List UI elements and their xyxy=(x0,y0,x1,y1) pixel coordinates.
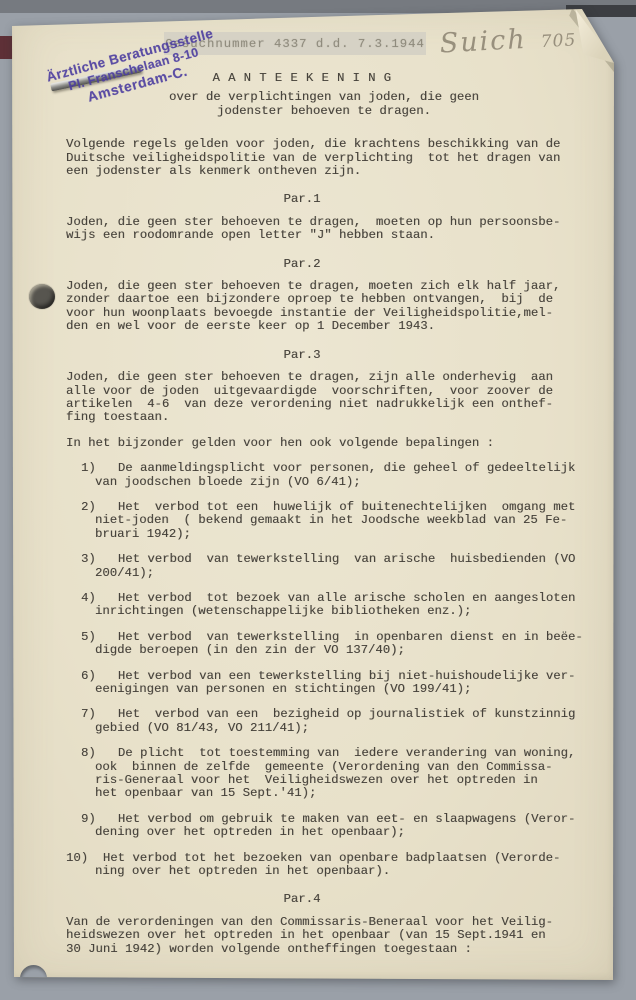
text-line: het openbaar van 15 Sept.'41); xyxy=(66,787,582,800)
text-line: 9) Het verbod om gebruik te maken van ee… xyxy=(66,813,582,826)
text-line: voor hun woonplaats bevoegde instantie d… xyxy=(66,307,582,320)
text-line: artikelen 4-6 van deze verordening niet … xyxy=(66,398,582,411)
text-line: 30 Juni 1942) worden volgende ontheffing… xyxy=(66,943,582,956)
handwritten-name: Suich xyxy=(439,24,528,60)
bottom-edge-notch xyxy=(20,965,47,992)
text-line: digde beroepen (in den zin der VO 137/40… xyxy=(66,644,582,657)
text-line: bruari 1942); xyxy=(66,528,582,541)
text-line: Joden, die geen ster behoeven te dragen,… xyxy=(66,371,582,384)
text-line: ook binnen de zelfde gemeente (Verordeni… xyxy=(66,761,582,774)
text-line: een jodenster als kenmerk ontheven zijn. xyxy=(66,165,582,178)
text-line: heidswezen over het optreden in het open… xyxy=(66,929,582,942)
list-item: 1) De aanmeldingsplicht voor personen, d… xyxy=(66,462,582,489)
list-item: 5) Het verbod van tewerkstelling in open… xyxy=(66,631,582,658)
typewritten-text-column: A A N T E E K E N I N G over de verplich… xyxy=(66,72,582,968)
doc-blocks: Volgende regels gelden voor joden, die k… xyxy=(66,138,582,956)
text-line: 1) De aanmeldingsplicht voor personen, d… xyxy=(66,462,582,475)
text-line: eenigingen van personen en stichtingen (… xyxy=(66,683,582,696)
par-heading: Par.3 xyxy=(44,349,560,362)
subtitle-line: over de verplichtingen van joden, die ge… xyxy=(66,91,582,104)
text-line: Volgende regels gelden voor joden, die k… xyxy=(66,138,582,151)
subtitle-line: jodenster behoeven te dragen. xyxy=(66,105,582,118)
scan-background: { "scan": { "background_color": "#9aa0a8… xyxy=(0,0,636,1000)
list-item: 10) Het verbod tot het bezoeken van open… xyxy=(66,852,582,879)
text-line: 2) Het verbod tot een huwelijk of buiten… xyxy=(66,501,582,514)
text-line: ning over het optreden in het openbaar). xyxy=(66,865,582,878)
text-line: 3) Het verbod van tewerkstelling van ari… xyxy=(66,553,582,566)
text-line: ris-Generaal voor het Veiligheidswezen o… xyxy=(66,774,582,787)
text-line: wijs een roodomrande open letter "J" heb… xyxy=(66,229,582,242)
punch-hole xyxy=(29,284,55,309)
text-line: zonder daartoe een bijzondere oproep te … xyxy=(66,293,582,306)
par-heading: Par.4 xyxy=(44,893,560,906)
document-paper: Gesuchnummer 4337 d.d. 7.3.1944 Suich705… xyxy=(12,8,616,982)
handwritten-number: 705 xyxy=(540,30,576,52)
text-line: gebied (VO 81/43, VO 211/41); xyxy=(66,722,582,735)
text-line: inrichtingen (wetenschappelijke biblioth… xyxy=(66,605,582,618)
text-line: Joden, die geen ster behoeven te dragen,… xyxy=(66,280,582,293)
text-line: In het bijzonder gelden voor hen ook vol… xyxy=(66,437,582,450)
list-item: 7) Het verbod van een bezigheid op journ… xyxy=(66,708,582,735)
text-line: Joden, die geen ster behoeven te dragen,… xyxy=(66,216,582,229)
text-line: 4) Het verbod tot bezoek van alle arisch… xyxy=(66,592,582,605)
text-line: 8) De plicht tot toestemming van iedere … xyxy=(66,747,582,760)
list-item: 8) De plicht tot toestemming van iedere … xyxy=(66,747,582,801)
text-line: 5) Het verbod van tewerkstelling in open… xyxy=(66,631,582,644)
text-line: van joodschen bloede zijn (VO 6/41); xyxy=(66,476,582,489)
list-item: 6) Het verbod van een tewerkstelling bij… xyxy=(66,670,582,697)
paper-wrapper: Gesuchnummer 4337 d.d. 7.3.1944 Suich705… xyxy=(0,0,636,1000)
text-line: Van de verordeningen van den Commissaris… xyxy=(66,916,582,929)
document-title: A A N T E E K E N I N G xyxy=(44,72,560,85)
paragraph: Joden, die geen ster behoeven te dragen,… xyxy=(66,371,582,425)
text-line: 200/41); xyxy=(66,567,582,580)
document-subtitle: over de verplichtingen van joden, die ge… xyxy=(66,91,582,118)
text-line: alle voor de joden uitgevaardigde voorsc… xyxy=(66,385,582,398)
text-line: 7) Het verbod van een bezigheid op journ… xyxy=(66,708,582,721)
paragraph: Van de verordeningen van den Commissaris… xyxy=(66,916,582,956)
list-item: 4) Het verbod tot bezoek van alle arisch… xyxy=(66,592,582,619)
text-line: niet-joden ( bekend gemaakt in het Joods… xyxy=(66,514,582,527)
text-line: Duitsche veiligheidspolitie van de verpl… xyxy=(66,152,582,165)
text-line: den en wel voor de eerste keer op 1 Dece… xyxy=(66,320,582,333)
paragraph: Joden, die geen ster behoeven te dragen,… xyxy=(66,280,582,334)
list-item: 3) Het verbod van tewerkstelling van ari… xyxy=(66,553,582,580)
text-line: 10) Het verbod tot het bezoeken van open… xyxy=(66,852,582,865)
list-item: 9) Het verbod om gebruik te maken van ee… xyxy=(66,813,582,840)
paragraph: Joden, die geen ster behoeven te dragen,… xyxy=(66,216,582,243)
list-item: 2) Het verbod tot een huwelijk of buiten… xyxy=(66,501,582,541)
text-line: dening over het optreden in het openbaar… xyxy=(66,826,582,839)
par-heading: Par.1 xyxy=(44,193,560,206)
par-heading: Par.2 xyxy=(44,258,560,271)
text-line: 6) Het verbod van een tewerkstelling bij… xyxy=(66,670,582,683)
text-line: fing toestaan. xyxy=(66,411,582,424)
paragraph: In het bijzonder gelden voor hen ook vol… xyxy=(66,437,582,450)
paragraph: Volgende regels gelden voor joden, die k… xyxy=(66,138,582,178)
